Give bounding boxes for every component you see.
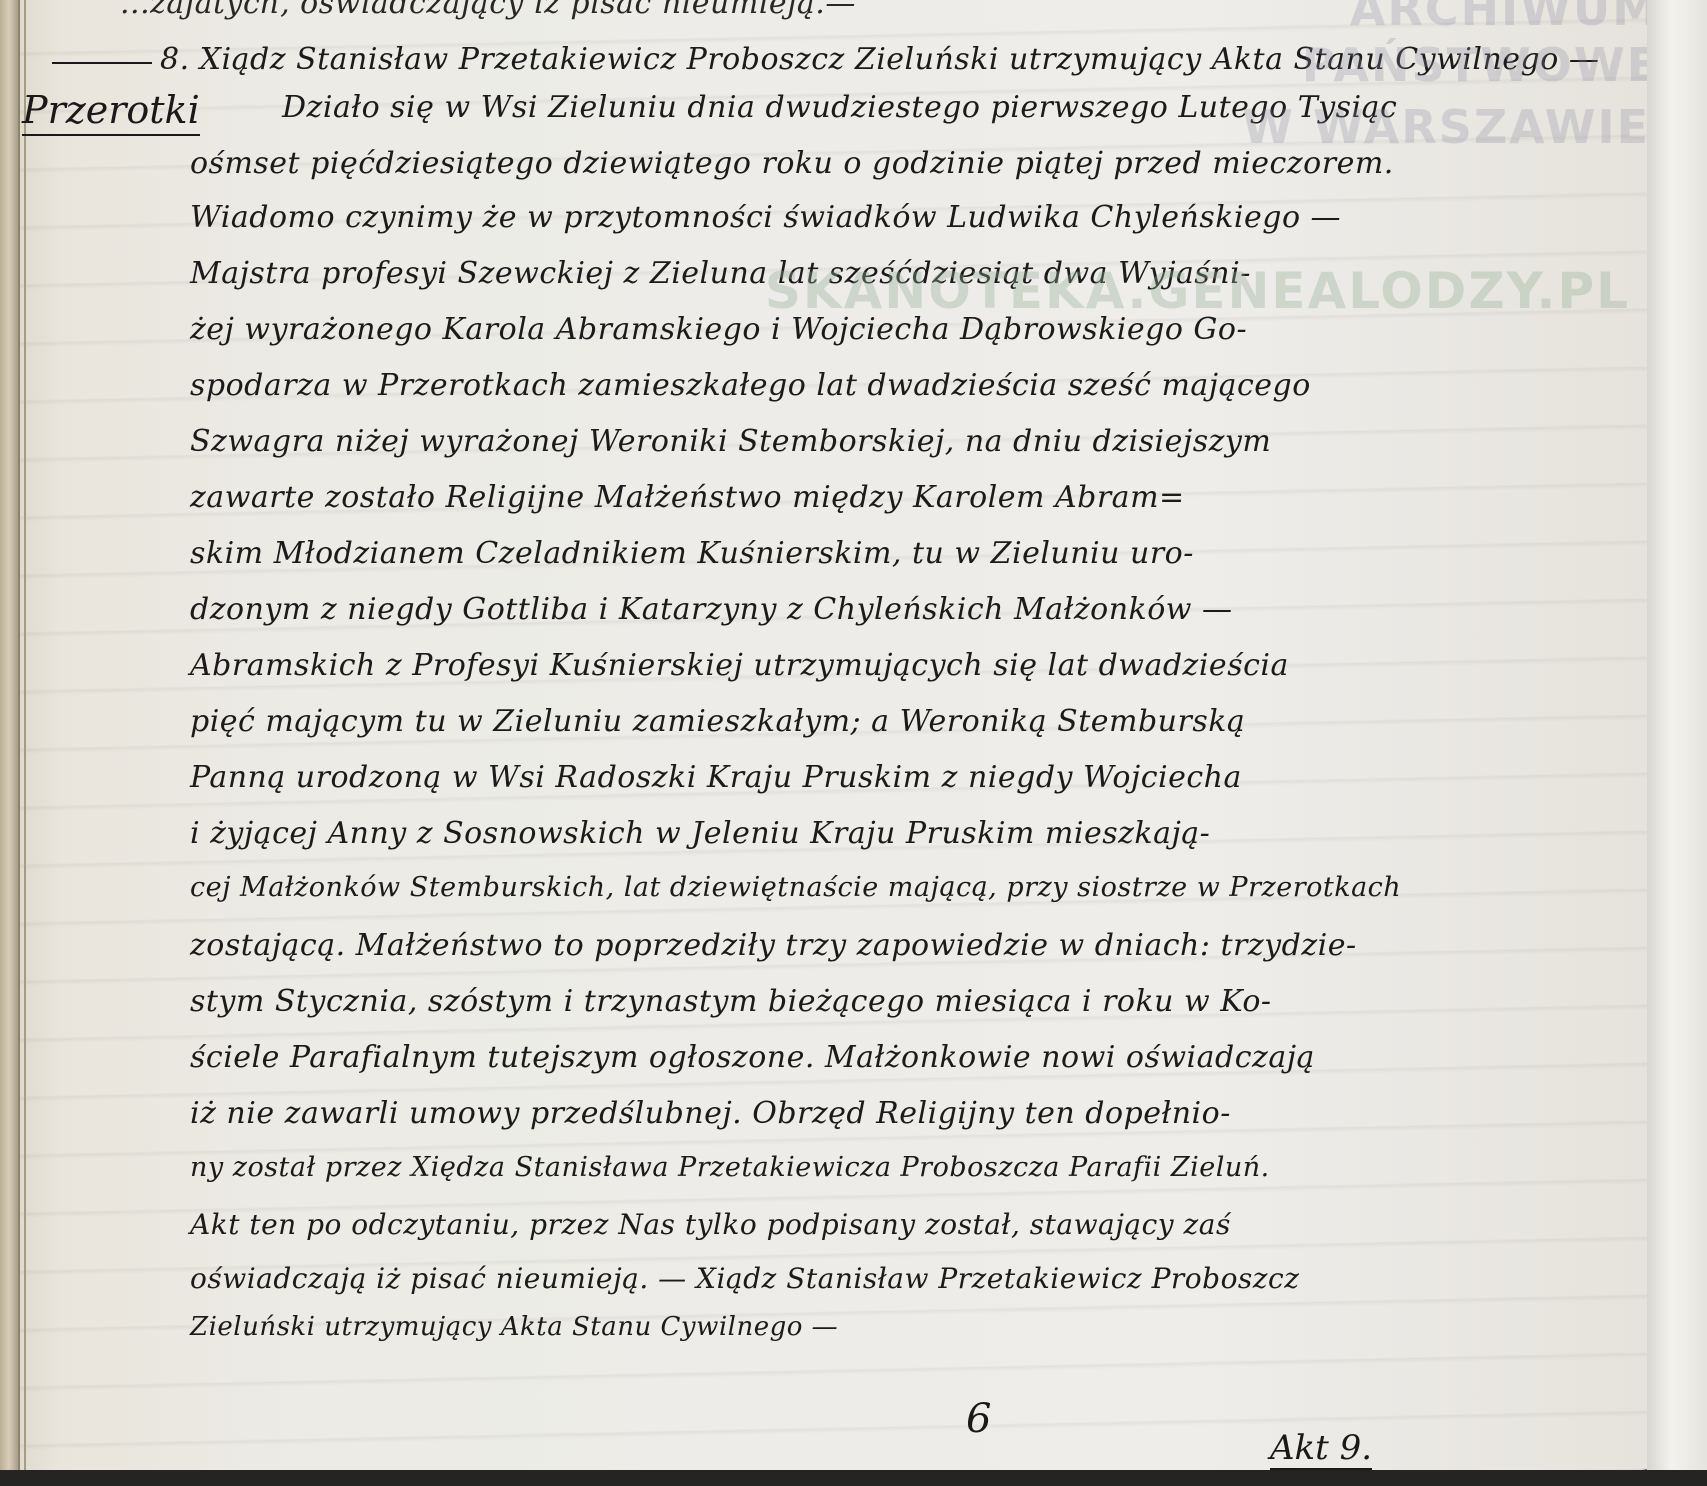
record-line: stym Stycznia, szóstym i trzynastym bież… <box>190 984 1272 1019</box>
record-line: Akt ten po odczytaniu, przez Nas tylko p… <box>190 1208 1231 1241</box>
page-mark: 6 <box>966 1396 991 1442</box>
record-line: Zieluński utrzymujący Akta Stanu Cywilne… <box>190 1312 838 1342</box>
header-dash <box>52 62 152 64</box>
watermark-site: SKANOTEKA.GENEALODZY.PL <box>765 262 1630 320</box>
watermark-archive-line1: ARCHIWUM <box>1350 0 1660 36</box>
watermark-archive-line2: PAŃSTWOWE <box>1302 38 1660 92</box>
record-line: ny został przez Xiędza Stanisława Przeta… <box>190 1152 1270 1183</box>
margin-village-label: Przerotki <box>22 88 200 136</box>
record-line: Panną urodzoną w Wsi Radoszki Kraju Prus… <box>190 760 1242 795</box>
facing-page-edge <box>1647 0 1707 1486</box>
scan-background <box>0 1470 1707 1486</box>
record-line: Szwagra niżej wyrażonej Weroniki Stembor… <box>190 424 1271 459</box>
record-line: cej Małżonków Stemburskich, lat dziewięt… <box>190 872 1401 903</box>
binding-rule <box>24 0 26 1470</box>
entry-number: 8 <box>160 42 180 77</box>
record-line: ośmset pięćdziesiątego dziewiątego roku … <box>190 146 1394 181</box>
record-line: oświadczają iż pisać nieumieją. — Xiądz … <box>190 1262 1299 1295</box>
book-binding <box>0 0 20 1470</box>
register-page: ...zajatych, oświadczający iż pisać nieu… <box>0 0 1660 1470</box>
record-line: Wiadomo czynimy że w przytomności świadk… <box>190 200 1341 235</box>
watermark-archive-line3: W WARSZAWIE <box>1242 100 1650 154</box>
record-line: iż nie zawarli umowy przedślubnej. Obrzę… <box>190 1096 1231 1131</box>
record-line: pięć mającym tu w Zieluniu zamieszkałym;… <box>190 704 1245 739</box>
record-line: i żyjącej Anny z Sosnowskich w Jeleniu K… <box>190 816 1210 851</box>
record-line: zawarte zostało Religijne Małżeństwo mię… <box>190 480 1185 515</box>
record-line: spodarza w Przerotkach zamieszkałego lat… <box>190 368 1311 403</box>
record-line: zostającą. Małżeństwo to poprzedziły trz… <box>190 928 1357 963</box>
record-line: Działo się w Wsi Zieluniu dnia dwudziest… <box>282 90 1397 125</box>
akt-number-label: Akt 9. <box>1270 1428 1372 1470</box>
top-continuation-line: ...zajatych, oświadczający iż pisać nieu… <box>120 0 856 21</box>
record-line: Abramskich z Profesyi Kuśnierskiej utrzy… <box>190 648 1289 683</box>
record-line: ściele Parafialnym tutejszym ogłoszone. … <box>190 1040 1315 1075</box>
record-line: dzonym z niegdy Gottliba i Katarzyny z C… <box>190 592 1233 627</box>
record-line: skim Młodzianem Czeladnikiem Kuśnierskim… <box>190 536 1194 571</box>
